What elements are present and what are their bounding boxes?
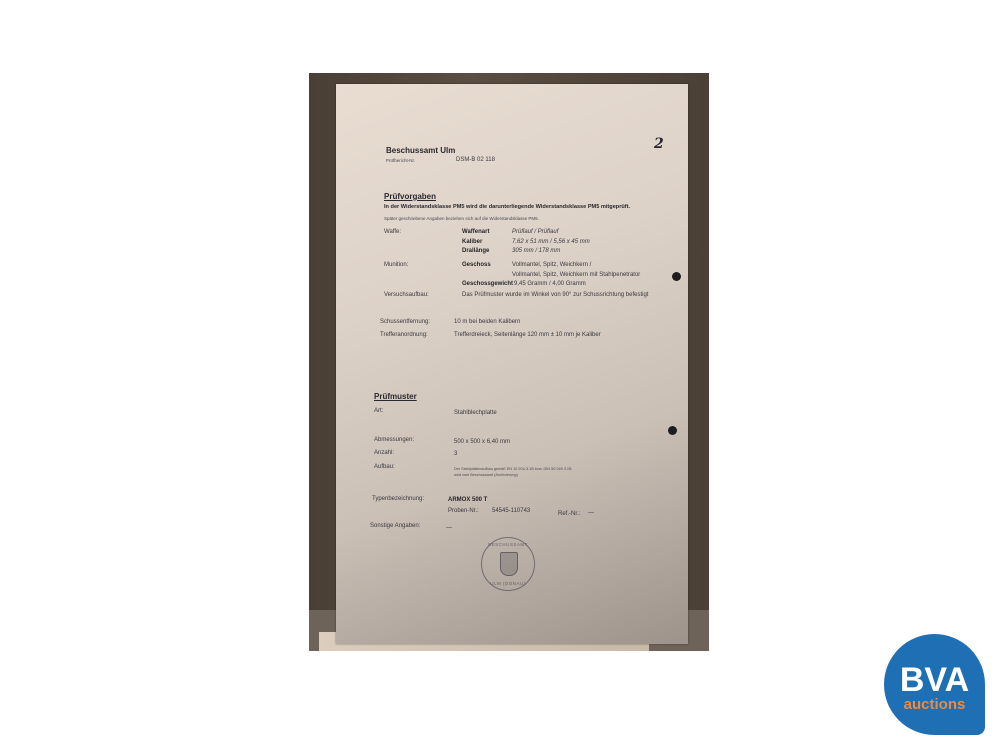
sonstige-angaben-label: Sonstige Angaben: — [370, 523, 420, 529]
heading-pruefvorgaben: Prüfvorgaben — [384, 192, 436, 201]
official-stamp: BESCHUSSAMT ULM (DONAU) — [481, 537, 535, 591]
row-value-waffenart: Prüflauf / Prüflauf — [512, 229, 558, 235]
ref-nr-label: Ref.-Nr.: — [558, 511, 580, 517]
row-label-trefferanordnung: Trefferanordnung: — [380, 332, 428, 338]
row-key-waffenart: Waffenart — [462, 229, 489, 235]
row-label-schussentfernung: Schussentfernung: — [380, 319, 430, 325]
row-value-geschoss-2: Vollmantel, Spitz, Weichkern mit Stahlpe… — [512, 272, 640, 278]
stamp-top-text: BESCHUSSAMT — [482, 542, 534, 547]
abmessungen-label: Abmessungen: — [374, 437, 414, 443]
row-value-drallaenge: 305 mm / 178 mm — [512, 248, 560, 254]
typenbezeichnung-value: ARMOX 500 T — [448, 497, 487, 503]
pruefvorgaben-note: Später geschriebene Angaben beziehen sic… — [384, 216, 539, 221]
ref-nr-value: — — [588, 510, 594, 516]
punch-hole-top — [672, 272, 681, 281]
anzahl-value: 3 — [454, 451, 457, 457]
stamp-bottom-text: ULM (DONAU) — [482, 581, 534, 586]
aufbau-value-2: wird vom Beschussamt (Archivierung) — [454, 473, 518, 477]
anzahl-label: Anzahl: — [374, 450, 394, 456]
row-value-schussentfernung: 10 m bei beiden Kalibern — [454, 319, 520, 325]
aufbau-label: Aufbau: — [374, 464, 395, 470]
document-title: Beschussamt Ulm — [386, 146, 455, 155]
row-key-geschoss: Geschoss — [462, 262, 491, 268]
row-value-geschoss-1: Vollmantel, Spitz, Weichkern / — [512, 262, 591, 268]
heading-pruefmuster: Prüfmuster — [374, 392, 417, 401]
coat-of-arms-icon — [500, 552, 518, 576]
logo-main-text: BVA — [900, 663, 969, 697]
row-label-waffe: Waffe: — [384, 229, 401, 235]
art-value: Stahlblechplatte — [454, 410, 497, 416]
row-value-geschossgewicht: 9,45 Gramm / 4,00 Gramm — [514, 281, 586, 287]
row-value-versuchsaufbau: Das Prüfmuster wurde im Winkel von 90° z… — [462, 292, 648, 298]
bva-auctions-logo: BVA auctions — [884, 634, 985, 735]
abmessungen-value: 500 x 500 x 6,40 mm — [454, 439, 510, 445]
typenbezeichnung-label: Typenbezeichnung: — [372, 496, 424, 502]
row-label-versuchsaufbau: Versuchsaufbau: — [384, 292, 429, 298]
aufbau-value-1: Der Stahlplattenaufbau gemäß EN 10 204-3… — [454, 467, 572, 471]
row-key-drallaenge: Drallänge — [462, 248, 489, 254]
proben-nr-value: 54545-110743 — [492, 508, 530, 514]
row-key-geschossgewicht: Geschossgewicht — [462, 281, 513, 287]
document-page: 2 Beschussamt Ulm Prüfbericht-Nr. DSM-B … — [336, 84, 688, 644]
pruefvorgaben-intro: In der Widerstandsklasse PM5 wird die da… — [384, 204, 630, 210]
row-label-munition: Munition: — [384, 262, 408, 268]
row-value-kaliber: 7,62 x 51 mm / 5,56 x 45 mm — [512, 239, 590, 245]
punch-hole-bottom — [668, 426, 677, 435]
handwritten-page-number: 2 — [654, 136, 664, 152]
report-number: DSM-B 02 118 — [456, 157, 495, 163]
art-label: Art: — [374, 408, 383, 414]
logo-sub-text: auctions — [904, 697, 966, 713]
report-number-label: Prüfbericht-Nr. — [386, 158, 415, 163]
proben-nr-label: Proben-Nr.: — [448, 508, 479, 514]
row-value-trefferanordnung: Trefferdreieck, Seitenlänge 120 mm ± 10 … — [454, 332, 601, 338]
row-key-kaliber: Kaliber — [462, 239, 482, 245]
sonstige-angaben-value: — — [446, 525, 452, 531]
